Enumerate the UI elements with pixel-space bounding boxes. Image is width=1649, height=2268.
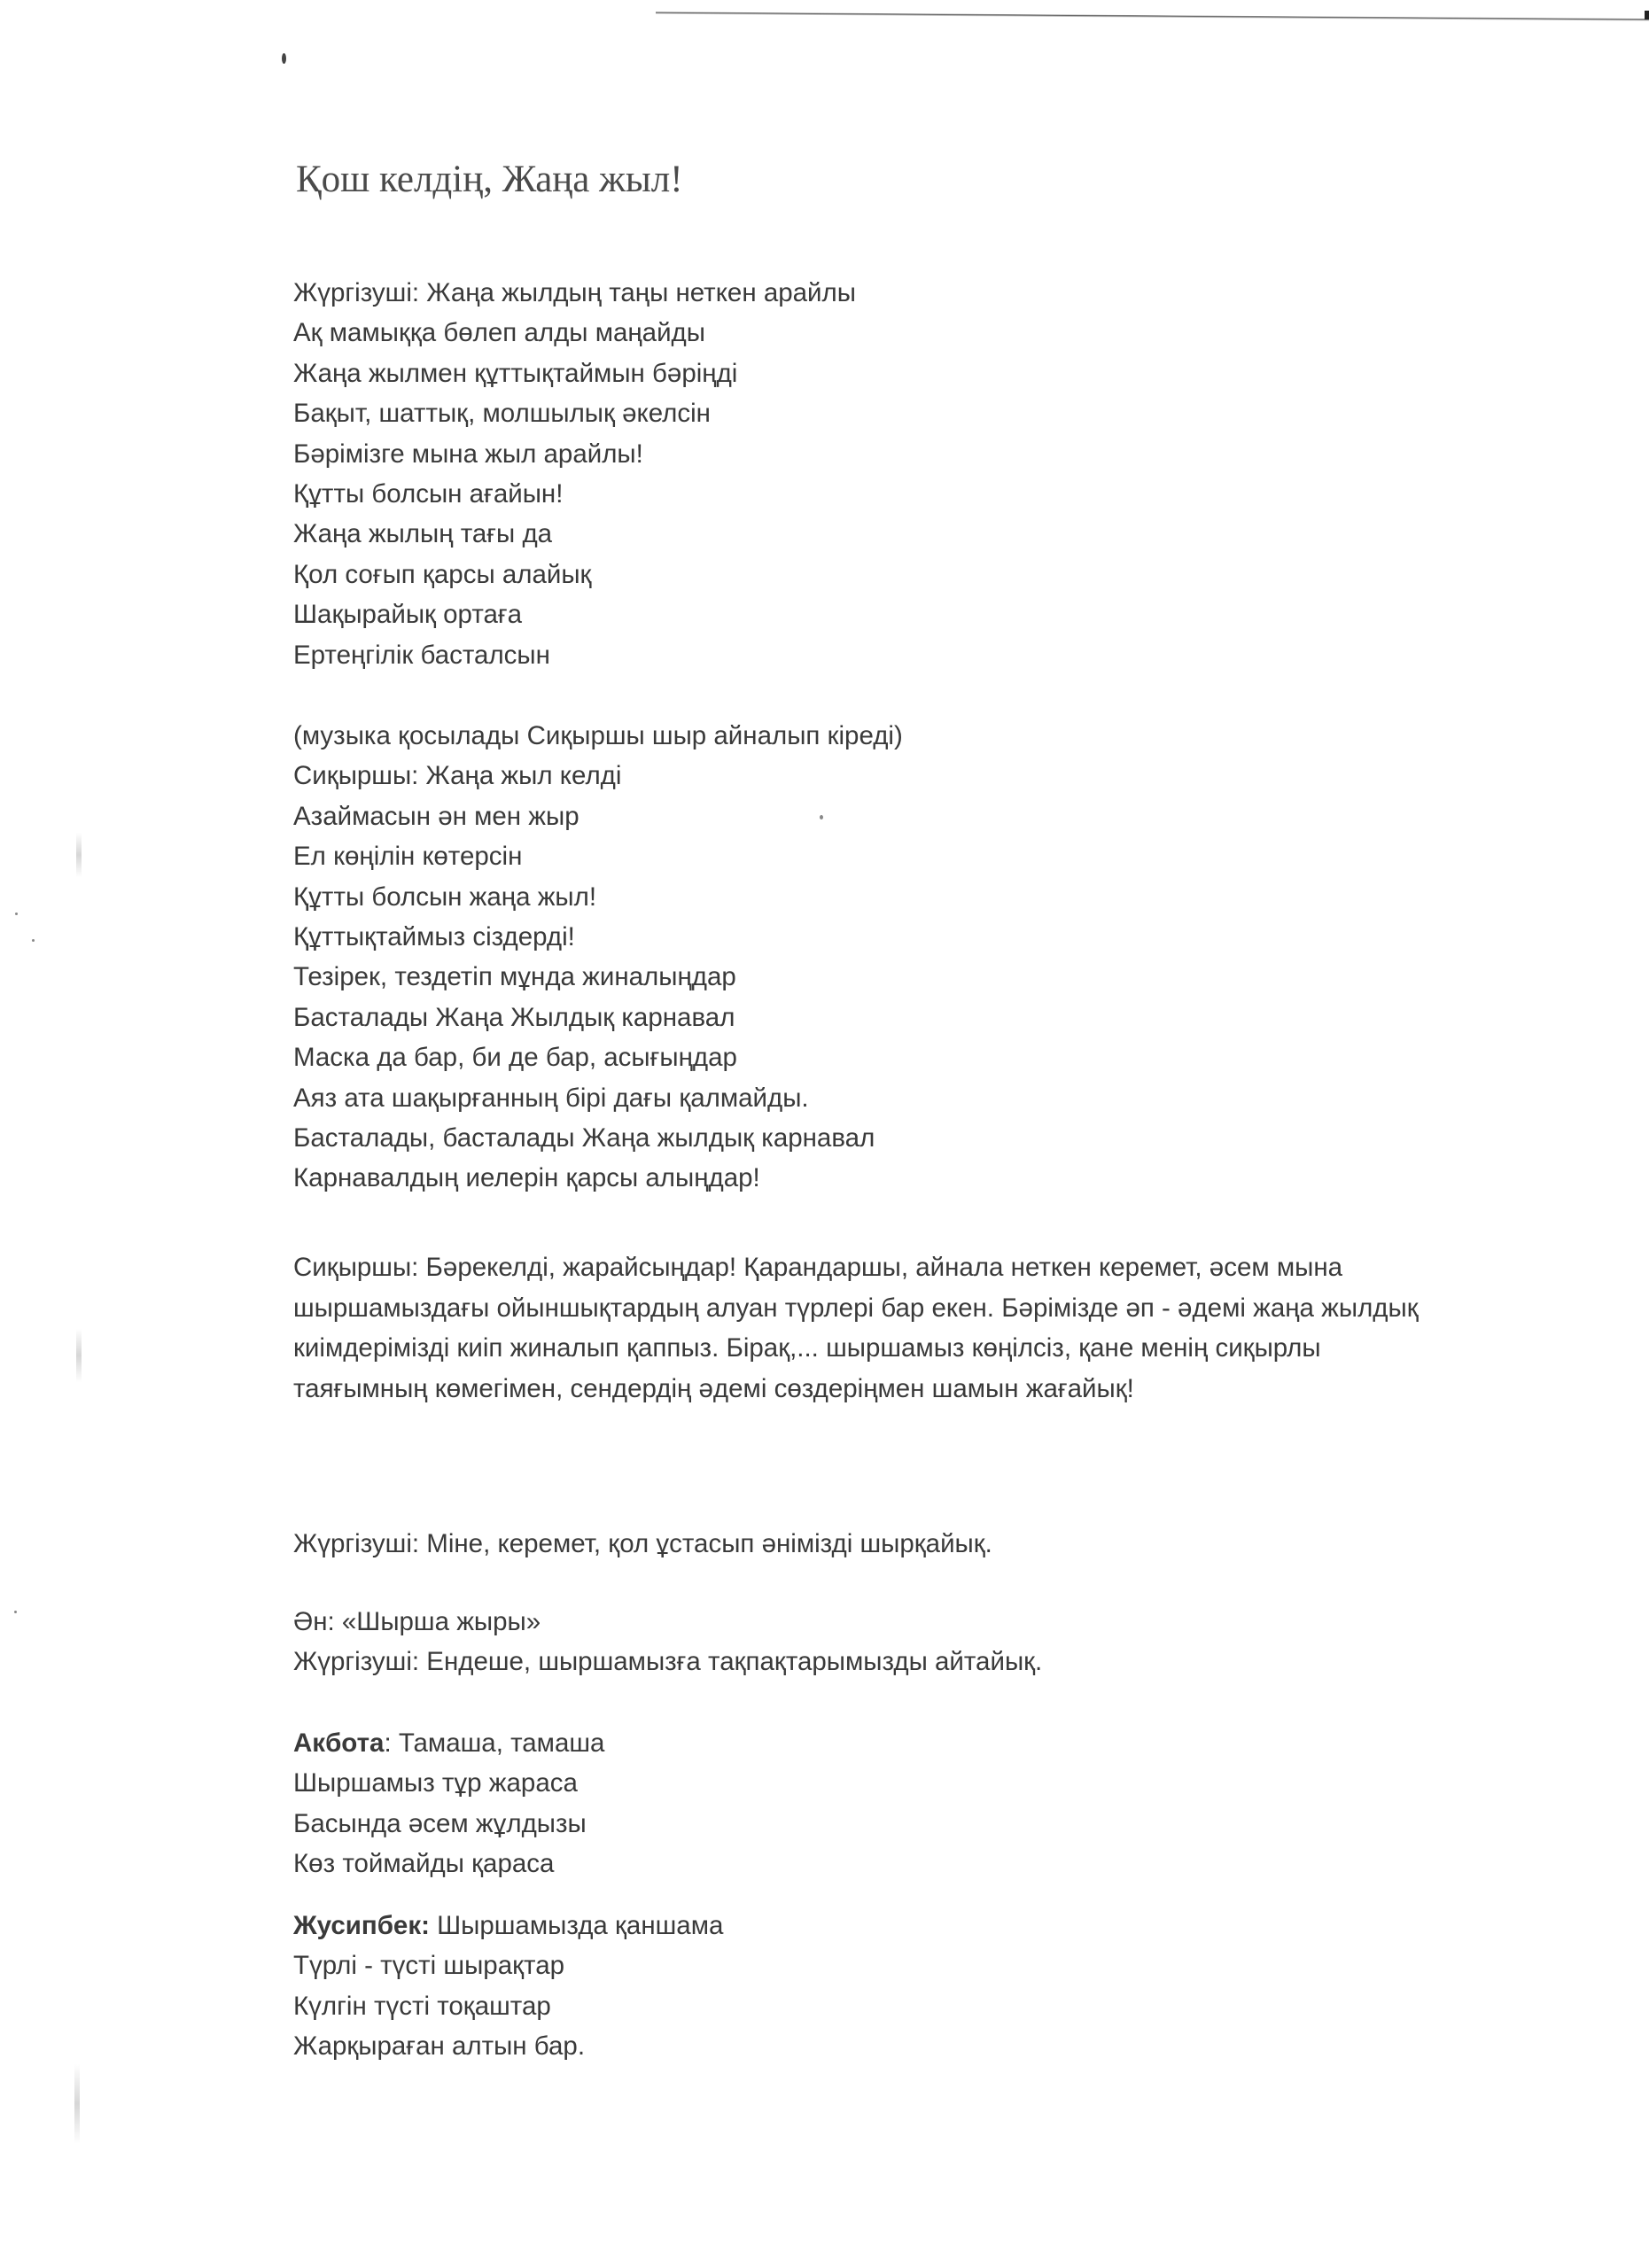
intro-block: Жүргізуші: Жаңа жылдың таңы неткен арайл… bbox=[293, 273, 856, 675]
magician-block: (музыка қосылады Сиқыршы шыр айналып кір… bbox=[293, 716, 903, 1199]
scan-smudge bbox=[76, 1329, 82, 1382]
scan-smudge bbox=[74, 2064, 80, 2144]
poem-akbota: Акбота: Тамаша, тамаша Шыршамыз тұр жара… bbox=[293, 1723, 604, 1884]
text-line: Басталады, басталады Жаңа жылдық карнава… bbox=[293, 1118, 903, 1158]
text-line: Бәрімізге мына жыл арайлы! bbox=[293, 434, 856, 474]
song-title-line: Ән: «Шырша жыры» bbox=[293, 1602, 1042, 1642]
scan-speck bbox=[14, 1611, 17, 1613]
poem-line: Шыршамыз тұр жараса bbox=[293, 1763, 604, 1803]
text-line: Маска да бар, би де бар, асығыңдар bbox=[293, 1037, 903, 1077]
text-line: Құтты болсын жаңа жыл! bbox=[293, 877, 903, 917]
scan-speck bbox=[15, 913, 18, 915]
scan-speck bbox=[282, 53, 286, 64]
poem-zhusipbek: Жусипбек: Шыршамызда қаншама Түрлі - түс… bbox=[293, 1906, 723, 2067]
poem-first-line: Акбота: Тамаша, тамаша bbox=[293, 1723, 604, 1763]
paragraph-line: таяғымның көмегімен, сендердің әдемі сөз… bbox=[293, 1369, 1552, 1410]
poem-first-line: Жусипбек: Шыршамызда қаншама bbox=[293, 1906, 723, 1946]
scan-edge-line bbox=[656, 12, 1649, 21]
speaker-name: Жусипбек: bbox=[293, 1911, 430, 1940]
scan-smudge bbox=[76, 833, 82, 877]
text-line: Жаңа жылың тағы да bbox=[293, 514, 856, 554]
document-title: Қош келдің, Жаңа жыл! bbox=[296, 158, 683, 201]
text-line: Бақыт, шаттық, молшылық әкелсін bbox=[293, 393, 856, 433]
speaker-name: Акбота bbox=[293, 1728, 384, 1758]
poem-line: Күлгін түсті тоқаштар bbox=[293, 1986, 723, 2026]
scan-edge-mark bbox=[1645, 11, 1649, 19]
host-line: Жүргізуші: Міне, керемет, қол ұстасып ән… bbox=[293, 1524, 992, 1564]
text-line: Тезірек, тездетіп мұнда жиналыңдар bbox=[293, 957, 903, 997]
text-line: Ертеңгілік басталсын bbox=[293, 635, 856, 675]
poem-line: Басында әсем жұлдызы bbox=[293, 1804, 604, 1844]
paragraph-line: киімдерімізді киіп жиналып қаппыз. Бірақ… bbox=[293, 1328, 1552, 1369]
host-line: Жүргізуші: Ендеше, шыршамызға тақпақтары… bbox=[293, 1642, 1042, 1682]
text-line: Ел көңілін көтерсін bbox=[293, 836, 903, 876]
text-line: Карнавалдың иелерін қарсы алыңдар! bbox=[293, 1158, 903, 1198]
song-section: Ән: «Шырша жыры» Жүргізуші: Ендеше, шырш… bbox=[293, 1602, 1042, 1682]
poem-line: Жарқыраған алтын бар. bbox=[293, 2026, 723, 2066]
text-line: Қол соғып қарсы алайық bbox=[293, 555, 856, 594]
text-line: Шақырайық ортаға bbox=[293, 594, 856, 634]
poem-line: Түрлі - түсті шырақтар bbox=[293, 1946, 723, 1985]
scan-speck bbox=[32, 939, 35, 942]
poem-line-text: : Тамаша, тамаша bbox=[384, 1728, 604, 1758]
host-line-1: Жүргізуші: Міне, керемет, қол ұстасып ән… bbox=[293, 1524, 992, 1564]
text-line: Азаймасын ән мен жыр bbox=[293, 796, 903, 836]
paragraph-line: шыршамыздағы ойыншықтардың алуан түрлері… bbox=[293, 1288, 1552, 1329]
text-line: Құтты болсын ағайын! bbox=[293, 474, 856, 514]
text-line: Басталады Жаңа Жылдық карнавал bbox=[293, 998, 903, 1037]
text-line: Ақ мамыққа бөлеп алды маңайды bbox=[293, 313, 856, 353]
poem-line: Көз тоймайды қараса bbox=[293, 1844, 604, 1884]
poem-line-text: Шыршамызда қаншама bbox=[430, 1911, 723, 1940]
text-line: Жаңа жылмен құттықтаймын бәріңді bbox=[293, 353, 856, 393]
paragraph-line: Сиқыршы: Бәрекелді, жарайсыңдар! Қаранда… bbox=[293, 1247, 1552, 1288]
text-line: Жүргізуші: Жаңа жылдың таңы неткен арайл… bbox=[293, 273, 856, 313]
text-line: Сиқыршы: Жаңа жыл келді bbox=[293, 756, 903, 796]
text-line: Аяз ата шақырғанның бірі дағы қалмайды. bbox=[293, 1078, 903, 1118]
text-line: (музыка қосылады Сиқыршы шыр айналып кір… bbox=[293, 716, 903, 756]
magician-paragraph: Сиқыршы: Бәрекелді, жарайсыңдар! Қаранда… bbox=[293, 1247, 1552, 1409]
text-line: Құттықтаймыз сіздерді! bbox=[293, 917, 903, 957]
